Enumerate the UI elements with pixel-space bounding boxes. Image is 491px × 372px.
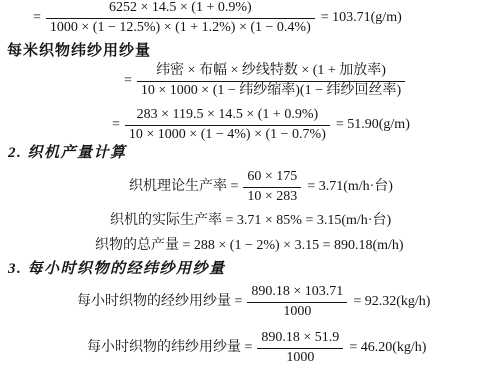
formula-fabric-total-output: 织物的总产量 = 288 × (1 − 2%) × 3.15 = 890.18(… — [95, 234, 404, 254]
section2-heading: 2. 织机产量计算 — [8, 141, 127, 162]
fraction: 890.18 × 103.71 1000 — [247, 284, 347, 321]
formula-result: = 3.71(m/h·台) — [307, 179, 393, 195]
fraction-bar — [46, 18, 315, 19]
formula-label: 每小时织物的纬纱用纱量 = — [87, 340, 252, 356]
fraction: 60 × 175 10 × 283 — [243, 169, 301, 206]
formula-result: = 51.90(g/m) — [336, 117, 410, 133]
fraction-denominator: 1000 — [279, 304, 315, 320]
fraction-bar — [125, 125, 330, 126]
formula-result: = 46.20(kg/h) — [349, 340, 426, 356]
fraction-denominator: 1000 × (1 − 12.5%) × (1 + 1.2%) × (1 − 0… — [46, 20, 315, 36]
formula-loom-theoretical-rate: 织机理论生产率 = 60 × 175 10 × 283 = 3.71(m/h·台… — [129, 169, 393, 206]
formula-loom-actual-rate: 织机的实际生产率 = 3.71 × 85% = 3.15(m/h·台) — [110, 209, 391, 229]
formula-result: = 92.32(kg/h) — [353, 294, 430, 310]
fraction-numerator: 890.18 × 51.9 — [257, 330, 343, 346]
fraction: 纬密 × 布幅 × 纱线特数 × (1 + 加放率) 10 × 1000 × (… — [137, 63, 405, 100]
formula-weft-hourly-usage: 每小时织物的纬纱用纱量 = 890.18 × 51.9 1000 = 46.20… — [87, 330, 426, 367]
fraction-bar — [247, 302, 347, 303]
fraction-numerator: 890.18 × 103.71 — [247, 284, 347, 300]
formula-result: = 103.71(g/m) — [321, 10, 402, 26]
document-page: = 6252 × 14.5 × (1 + 0.9%) 1000 × (1 − 1… — [0, 0, 491, 372]
fraction-denominator: 10 × 283 — [243, 189, 301, 205]
fraction: 890.18 × 51.9 1000 — [257, 330, 343, 367]
fraction-numerator: 6252 × 14.5 × (1 + 0.9%) — [105, 0, 256, 16]
fraction-denominator: 10 × 1000 × (1 − 4%) × (1 − 0.7%) — [125, 127, 330, 143]
equals-sign: = — [124, 73, 132, 89]
weft-usage-section-label: 每米织物纬纱用纱量 — [7, 39, 151, 60]
formula-warp-hourly-usage: 每小时织物的经纱用纱量 = 890.18 × 103.71 1000 = 92.… — [77, 284, 430, 321]
equals-sign: = — [33, 10, 41, 26]
fraction-bar — [257, 348, 343, 349]
section3-heading: 3. 每小时织物的经纬纱用纱量 — [8, 257, 226, 278]
fraction-denominator: 1000 — [282, 350, 318, 366]
fraction-numerator: 60 × 175 — [243, 169, 301, 185]
fraction: 283 × 119.5 × 14.5 × (1 + 0.9%) 10 × 100… — [125, 107, 330, 144]
formula-label: 织机理论生产率 = — [129, 179, 238, 195]
formula-label: 每小时织物的经纱用纱量 = — [77, 294, 242, 310]
formula-weft-usage-eval: = 283 × 119.5 × 14.5 × (1 + 0.9%) 10 × 1… — [112, 107, 410, 144]
fraction-denominator: 10 × 1000 × (1 − 纬纱缩率)(1 − 纬纱回丝率) — [137, 83, 405, 99]
fraction-numerator: 纬密 × 布幅 × 纱线特数 × (1 + 加放率) — [152, 63, 390, 79]
formula-weft-usage-symbolic: = 纬密 × 布幅 × 纱线特数 × (1 + 加放率) 10 × 1000 ×… — [124, 63, 405, 100]
fraction: 6252 × 14.5 × (1 + 0.9%) 1000 × (1 − 12.… — [46, 0, 315, 37]
formula-warp-usage-eval: = 6252 × 14.5 × (1 + 0.9%) 1000 × (1 − 1… — [33, 0, 402, 37]
equals-sign: = — [112, 117, 120, 133]
fraction-numerator: 283 × 119.5 × 14.5 × (1 + 0.9%) — [133, 107, 323, 123]
fraction-bar — [243, 187, 301, 188]
fraction-bar — [137, 81, 405, 82]
